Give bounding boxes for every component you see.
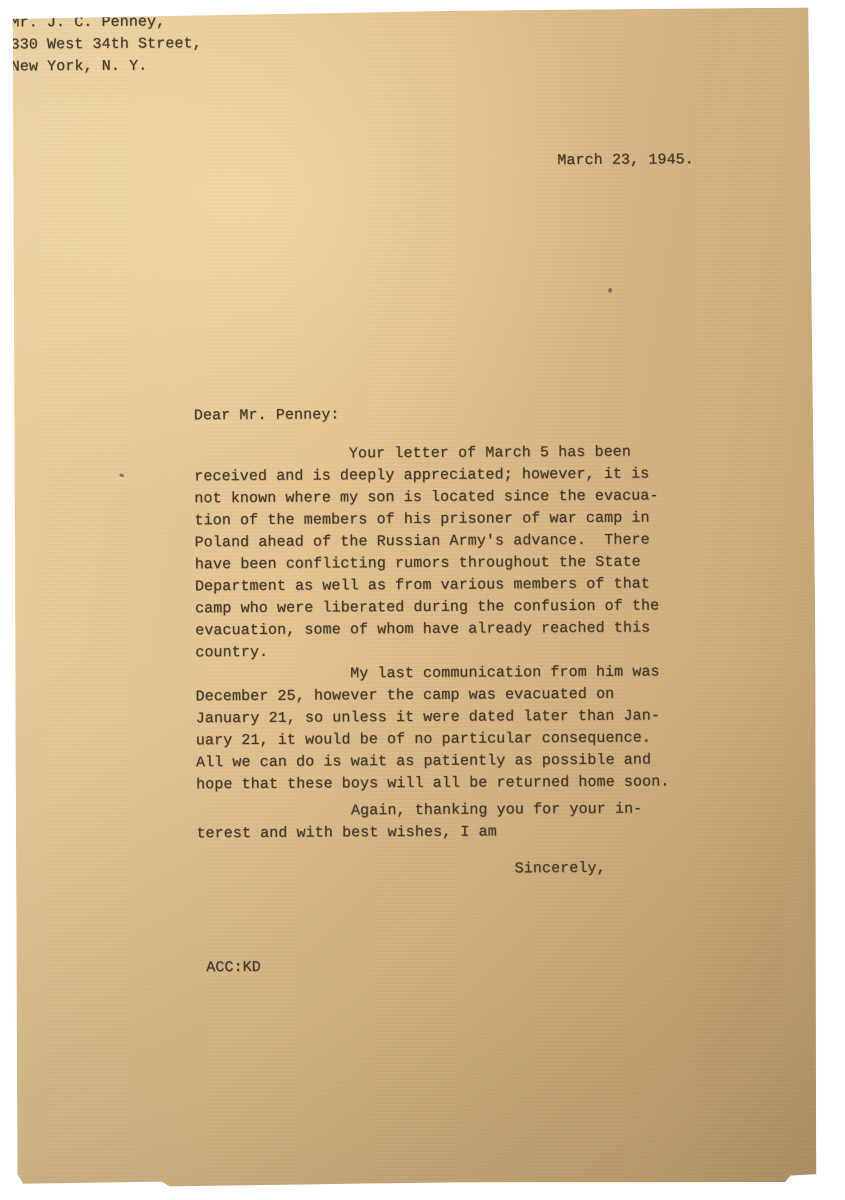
body-paragraph-1: Your letter of March 5 has been received… bbox=[194, 442, 660, 665]
letter-date: March 23, 1945. bbox=[557, 149, 694, 172]
closing-sincerely: Sincerely, bbox=[515, 858, 606, 881]
scan-background: March 23, 1945. Mr. J. C. Penney, 330 We… bbox=[0, 0, 845, 1200]
salutation: Dear Mr. Penney: bbox=[194, 404, 340, 427]
paper-speck bbox=[608, 288, 612, 293]
recipient-city: New York, N. Y. bbox=[11, 52, 812, 79]
body-paragraph-3: Again, thanking you for your in- terest … bbox=[196, 799, 642, 846]
recipient-address: Mr. J. C. Penney, 330 West 34th Street, … bbox=[10, 8, 811, 79]
body-paragraph-2: My last communication from him was Decem… bbox=[195, 661, 669, 796]
letter-page: March 23, 1945. Mr. J. C. Penney, 330 We… bbox=[10, 8, 818, 1189]
paper-speck bbox=[119, 473, 125, 478]
reference-initials: ACC:KD bbox=[206, 957, 261, 979]
